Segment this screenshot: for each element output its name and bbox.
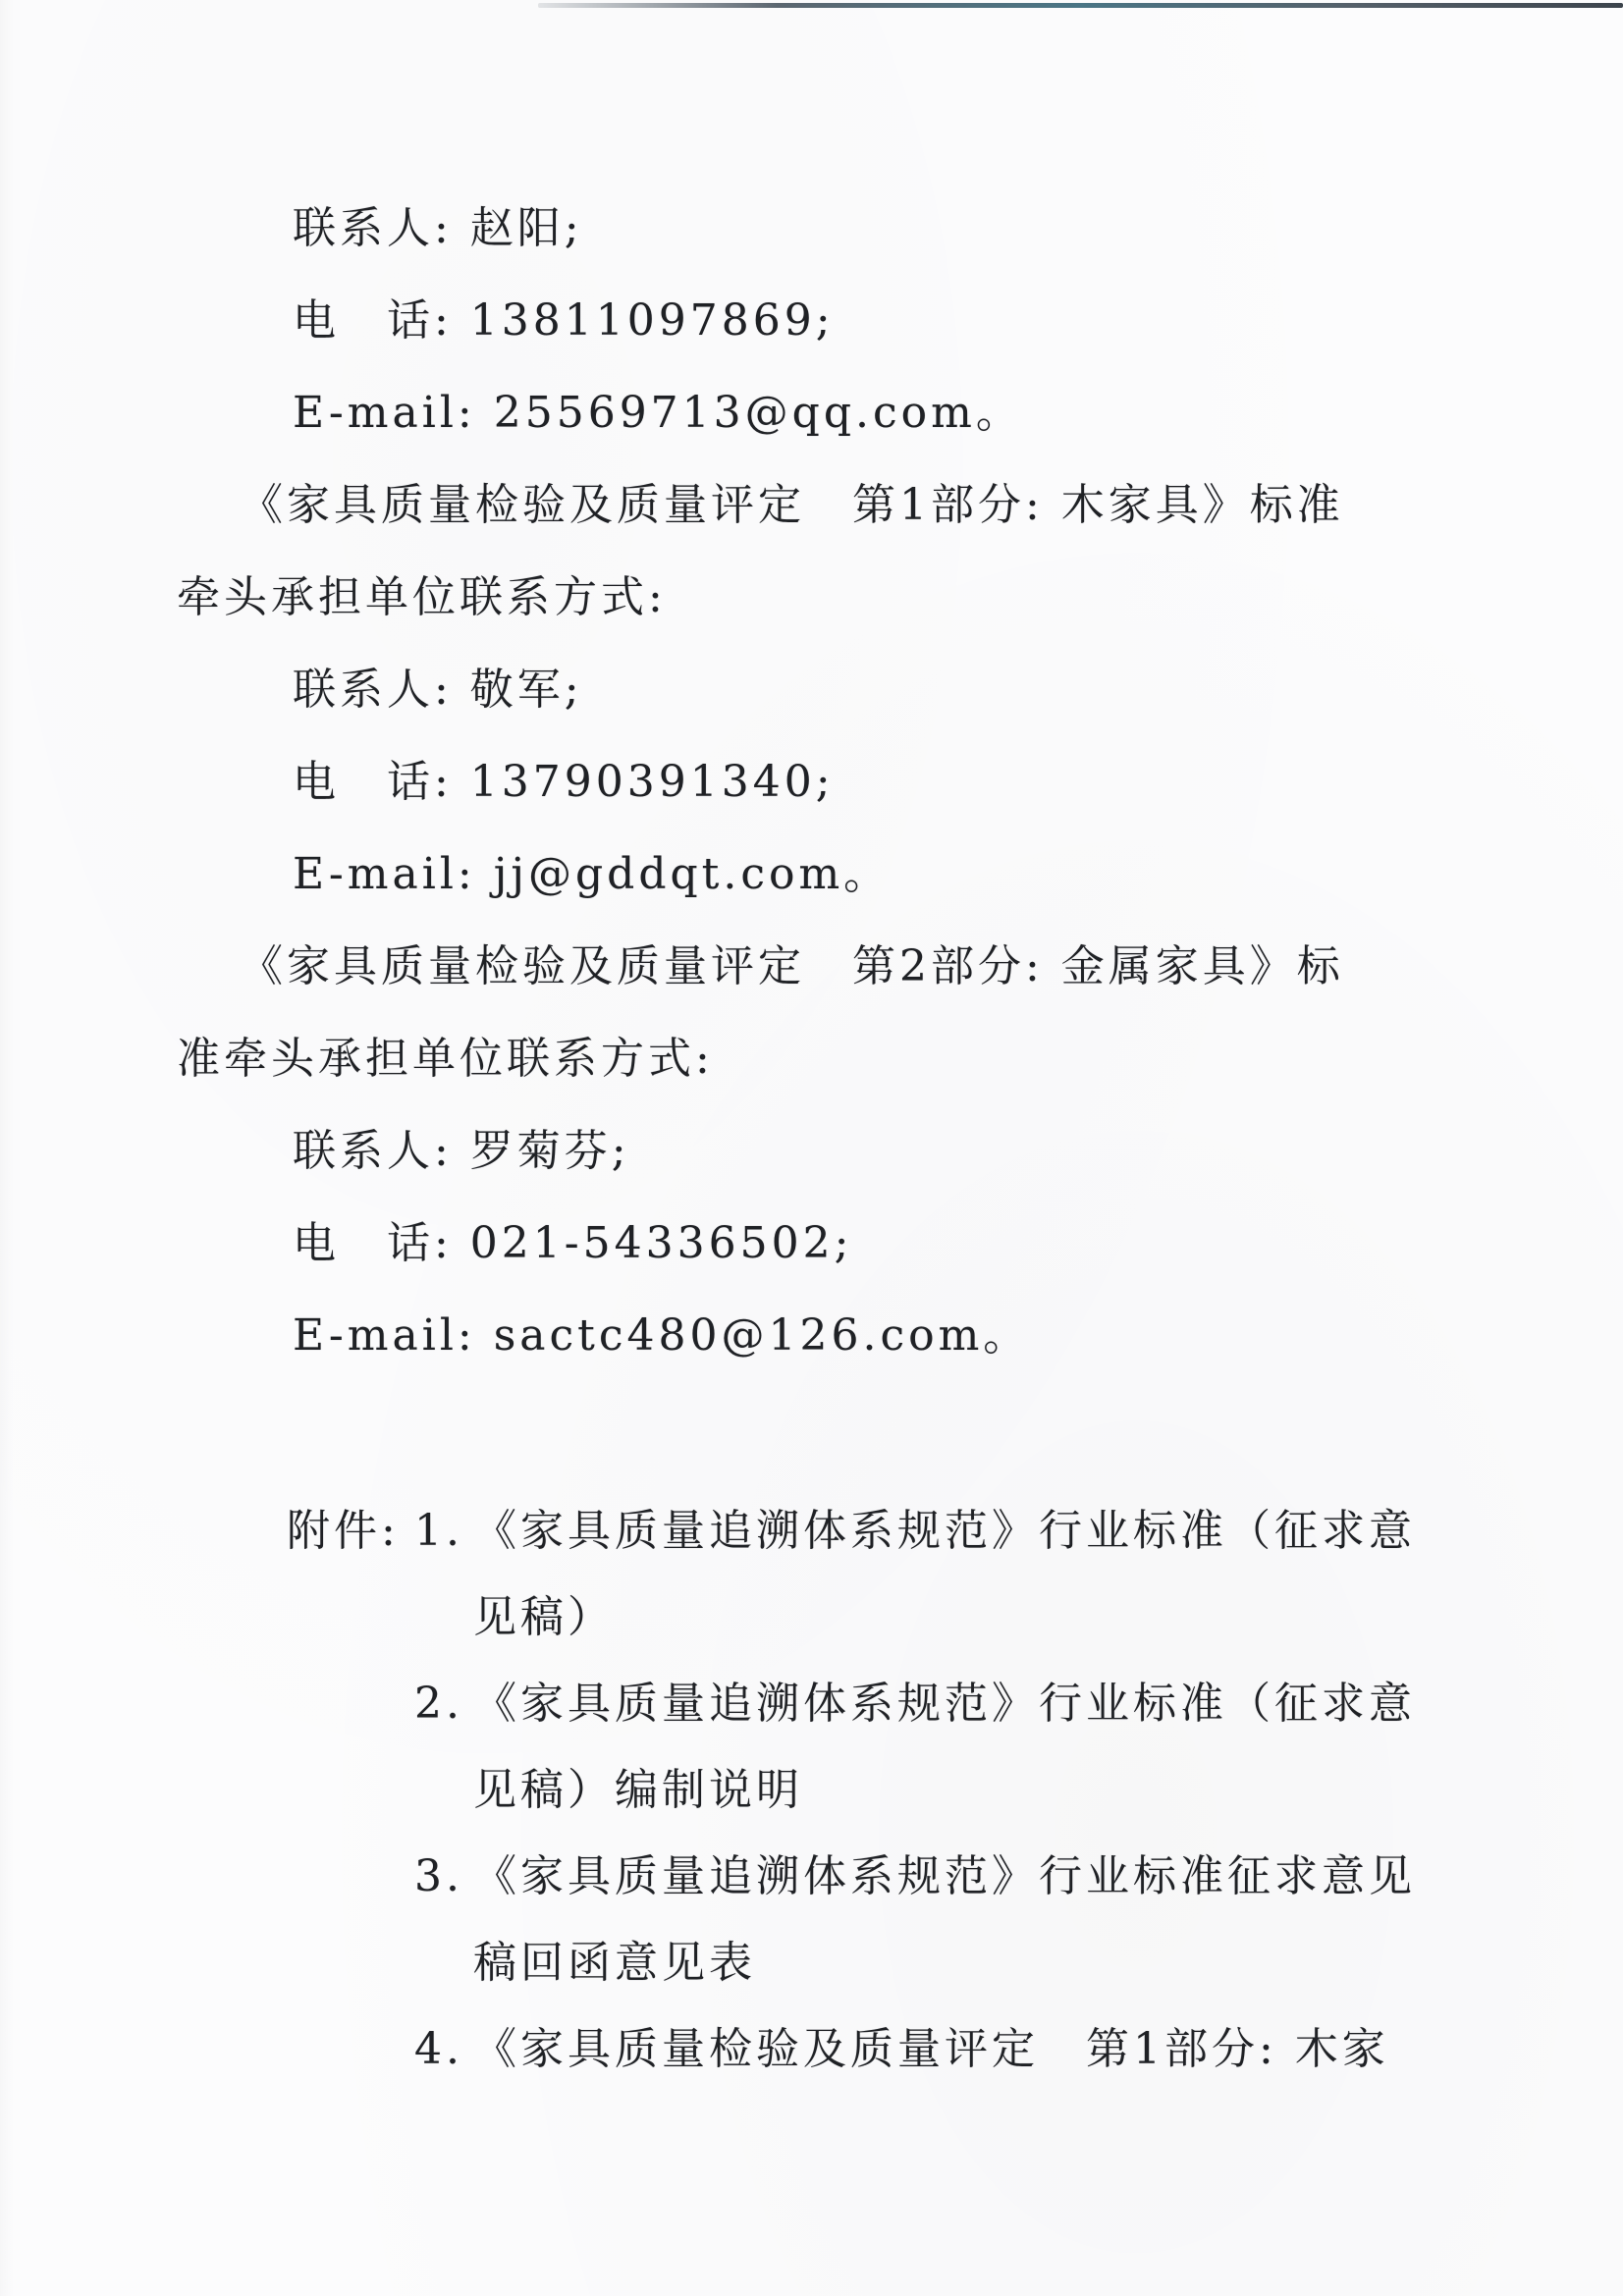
attachment-item-1-number: 1.: [414, 1488, 473, 1575]
attachments-row: 附件: 1. 《家具质量追溯体系规范》行业标准（征求意见稿） 2. 《家具质量追…: [287, 1488, 1365, 2093]
contact-phone-line-3: 电 话: 021-54336502;: [177, 1198, 1365, 1290]
attachment-item-3-text: 《家具质量追溯体系规范》行业标准征求意见稿回函意见表: [473, 1834, 1421, 2006]
standard-part2-title-paragraph: 《家具质量检验及质量评定 第2部分: 金属家具》标准牵头承担单位联系方式:: [177, 921, 1365, 1105]
contact-email-line-3: E-mail: sactc480@126.com。: [177, 1290, 1365, 1382]
standard-part1-title-paragraph: 《家具质量检验及质量评定 第1部分: 木家具》标准牵头承担单位联系方式:: [177, 459, 1365, 644]
attachments-label: 附件:: [287, 1488, 414, 1575]
attachment-item-2: 2. 《家具质量追溯体系规范》行业标准（征求意见稿）编制说明: [414, 1661, 1421, 1834]
attachment-item-1-text: 《家具质量追溯体系规范》行业标准（征求意见稿）: [473, 1488, 1421, 1661]
contact-person-line-3: 联系人: 罗菊芬;: [177, 1105, 1365, 1198]
contact-person-line-1: 联系人: 赵阳;: [177, 183, 1365, 275]
attachment-item-3-number: 3.: [414, 1834, 473, 1920]
attachment-item-2-number: 2.: [414, 1661, 473, 1747]
attachment-item-4-text: 《家具质量检验及质量评定 第1部分: 木家: [473, 2006, 1421, 2093]
attachment-item-3: 3. 《家具质量追溯体系规范》行业标准征求意见稿回函意见表: [414, 1834, 1421, 2006]
attachment-item-1: 1. 《家具质量追溯体系规范》行业标准（征求意见稿）: [414, 1488, 1421, 1661]
attachment-item-2-text: 《家具质量追溯体系规范》行业标准（征求意见稿）编制说明: [473, 1661, 1421, 1834]
attachment-item-4: 4. 《家具质量检验及质量评定 第1部分: 木家: [414, 2006, 1421, 2093]
contact-email-line-1: E-mail: 25569713@qq.com。: [177, 367, 1365, 459]
attachment-item-4-number: 4.: [414, 2006, 473, 2093]
attachments-block: 附件: 1. 《家具质量追溯体系规范》行业标准（征求意见稿） 2. 《家具质量追…: [287, 1488, 1365, 2093]
attachments-list: 1. 《家具质量追溯体系规范》行业标准（征求意见稿） 2. 《家具质量追溯体系规…: [414, 1488, 1421, 2093]
contact-person-line-2: 联系人: 敬军;: [177, 644, 1365, 736]
contact-phone-line-2: 电 话: 13790391340;: [177, 736, 1365, 828]
contact-email-line-2: E-mail: jj@gddqt.com。: [177, 828, 1365, 921]
contact-phone-line-1: 电 话: 13811097869;: [177, 275, 1365, 367]
document-body: 联系人: 赵阳; 电 话: 13811097869; E-mail: 25569…: [177, 0, 1365, 2093]
scanned-document-page: 联系人: 赵阳; 电 话: 13811097869; E-mail: 25569…: [0, 0, 1623, 2296]
